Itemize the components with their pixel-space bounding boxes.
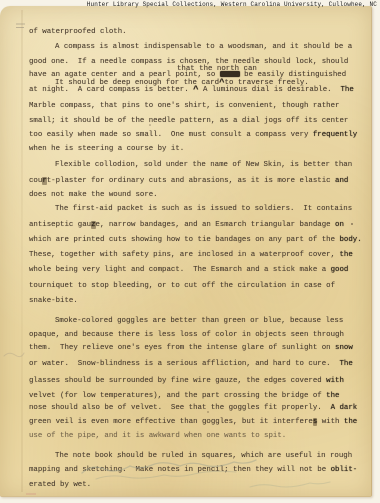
text-line: small; it should be of the needle patter… — [29, 117, 348, 126]
text-line: them. They relieve one's eyes from the i… — [29, 344, 353, 353]
text-line: whole being very light and compact. The … — [29, 266, 348, 275]
text-line: use of the pipe, and it is awkward when … — [29, 432, 286, 441]
text-line: at night. A card compass is better. ^ A … — [29, 85, 354, 95]
text-line: does not make the wound sore. — [29, 191, 158, 200]
text-line: mapping and sketching. Make notes in pen… — [29, 466, 357, 475]
text-line: Marble compass, that pins to one's shirt… — [29, 102, 339, 111]
collection-credit-line: Hunter Library Special Collections, West… — [87, 1, 377, 8]
text-line: or water. Snow-blindness is a serious af… — [29, 360, 353, 369]
text-line: opaque, and because there is less loss o… — [29, 331, 344, 340]
text-line: Flexible collodion, sold under the name … — [55, 161, 352, 170]
text-line: green veil is even more effective than g… — [29, 418, 357, 427]
text-line: A compass is almost indispensable to a w… — [55, 43, 352, 52]
text-line: court-plaster for ordinary cuts and abra… — [29, 177, 348, 186]
text-line: too easily when made so small. One must … — [29, 131, 357, 140]
text-line: erated by wet. — [29, 481, 91, 490]
text-line: The note book should be ruled in squares… — [55, 452, 352, 461]
text-line: antiseptic gauze, narrow bandages, and a… — [29, 221, 344, 230]
text-line: nose should also be of velvet. See that … — [29, 404, 357, 413]
text-line: which are printed cuts showing how to ti… — [29, 236, 362, 245]
text-line: velvet (for low temperatures), and the p… — [29, 392, 339, 401]
text-line: when he is steering a course by it. — [29, 145, 184, 154]
text-line: The first-aid packet is such as is issue… — [55, 205, 352, 214]
struck-out-word — [220, 71, 240, 77]
text-line: Smoke-colored goggles are better than gr… — [55, 317, 343, 326]
text-line: snake-bite. — [29, 297, 78, 306]
text-line: of waterproofed cloth. — [29, 28, 127, 37]
text-line: These, together with safety pins, are in… — [29, 251, 353, 260]
text-line: glasses should be surrounded by fine wir… — [29, 377, 344, 386]
text-line: tourniquet to stop bleeding, or to cut o… — [29, 282, 335, 291]
